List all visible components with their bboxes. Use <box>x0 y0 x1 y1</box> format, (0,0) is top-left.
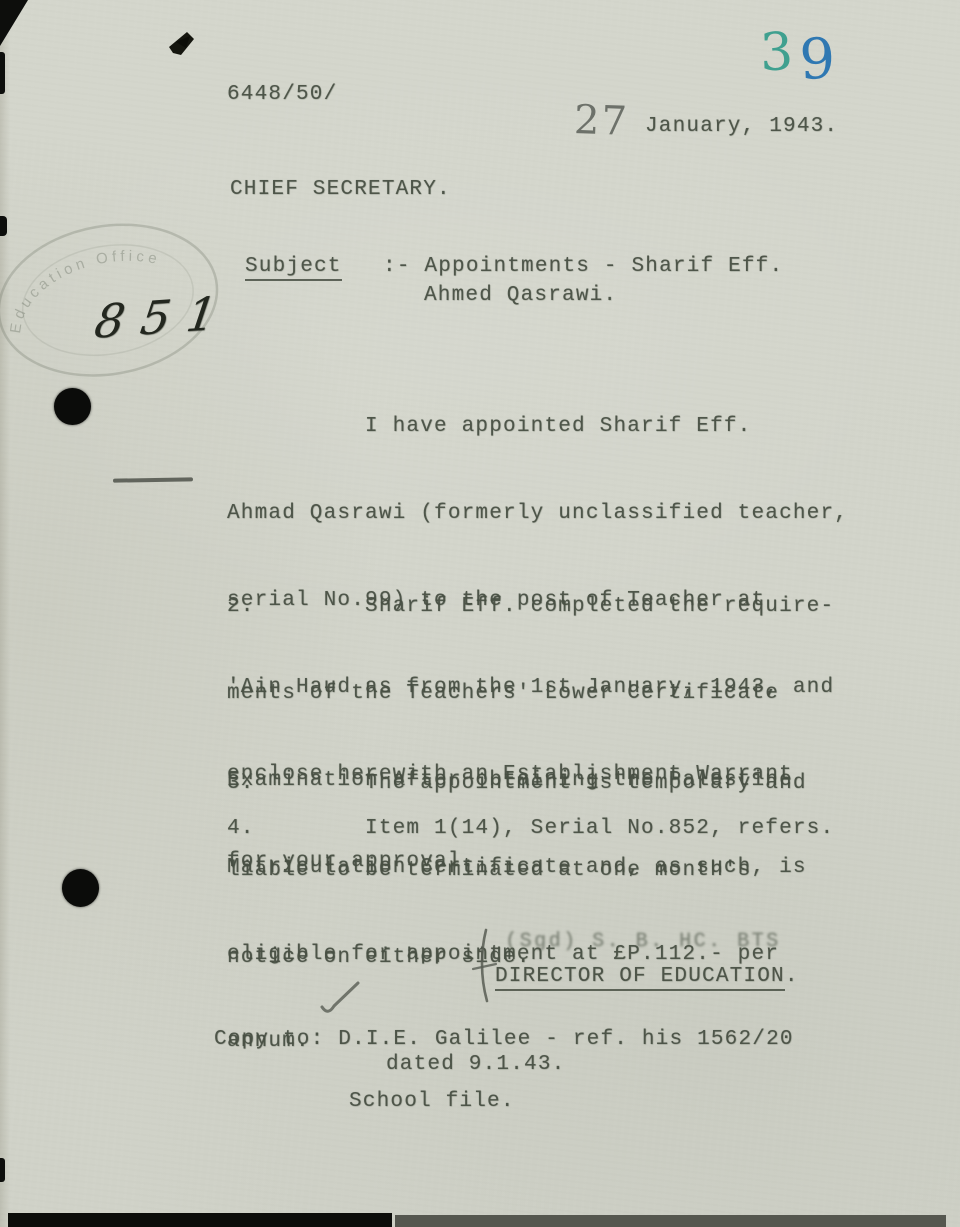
subject-label: Subject <box>245 255 342 281</box>
folio-digit-3: 3 <box>759 22 794 83</box>
folio-number-handwritten: 39 <box>759 17 830 84</box>
check-mark <box>318 980 364 1020</box>
paragraph-line: 3. The appointment is temporary and <box>227 769 807 798</box>
paragraph-4: 4. Item 1(14), Serial No.852, refers. <box>227 814 834 843</box>
hole-punch-top <box>54 388 91 425</box>
paragraph-line: 2. Sharif Eff. completed the require- <box>227 592 834 621</box>
signature-stamp-faint: (Sgd) S. B. HC. BTS <box>505 927 781 956</box>
date-day-handwritten: 27 <box>573 97 629 145</box>
paragraph-line: I have appointed Sharif Eff. <box>227 412 848 441</box>
director-title-line: DIRECTOR OF EDUCATION. <box>495 962 799 991</box>
school-file-line: School file. <box>349 1087 515 1116</box>
date-typed: January, 1943. <box>645 112 838 141</box>
ink-blot <box>168 30 198 58</box>
serial-number-handwritten: 851 <box>91 285 236 348</box>
paragraph-line: liable to be terminated at one month's <box>227 856 807 885</box>
scan-edge-mark <box>0 216 7 236</box>
hole-punch-bottom <box>62 869 99 907</box>
copy-date-line: dated 9.1.43. <box>386 1050 565 1079</box>
paragraph-line: ments of the Teachers' Lower Certificate <box>227 679 834 708</box>
folio-digit-9: 9 <box>798 27 836 93</box>
scan-corner-mark <box>0 0 28 46</box>
subject-name: Ahmed Qasrawi. <box>424 281 617 310</box>
pen-stroke-mark <box>470 928 498 1004</box>
paragraph-line: Ahmad Qasrawi (formerly unclassified tea… <box>227 499 848 528</box>
margin-dash-mark <box>113 477 193 482</box>
reference-number: 6448/50/ <box>227 80 337 109</box>
document-page: 39 6448/50/ 27 January, 1943. CHIEF SECR… <box>0 0 960 1227</box>
scan-bottom-bar-gray <box>395 1215 946 1227</box>
director-title-period: . <box>785 965 799 988</box>
director-title: DIRECTOR OF EDUCATION <box>495 965 785 991</box>
scan-bottom-bar-black <box>8 1213 392 1227</box>
scan-left-edge-shade <box>0 0 10 1227</box>
subject-line: Subject :- Appointments - Sharif Eff. <box>245 252 783 281</box>
scan-edge-mark <box>0 1158 5 1182</box>
recipient-heading: CHIEF SECRETARY. <box>230 175 451 204</box>
scan-edge-mark <box>0 52 5 94</box>
subject-text: :- Appointments - Sharif Eff. <box>342 255 784 278</box>
